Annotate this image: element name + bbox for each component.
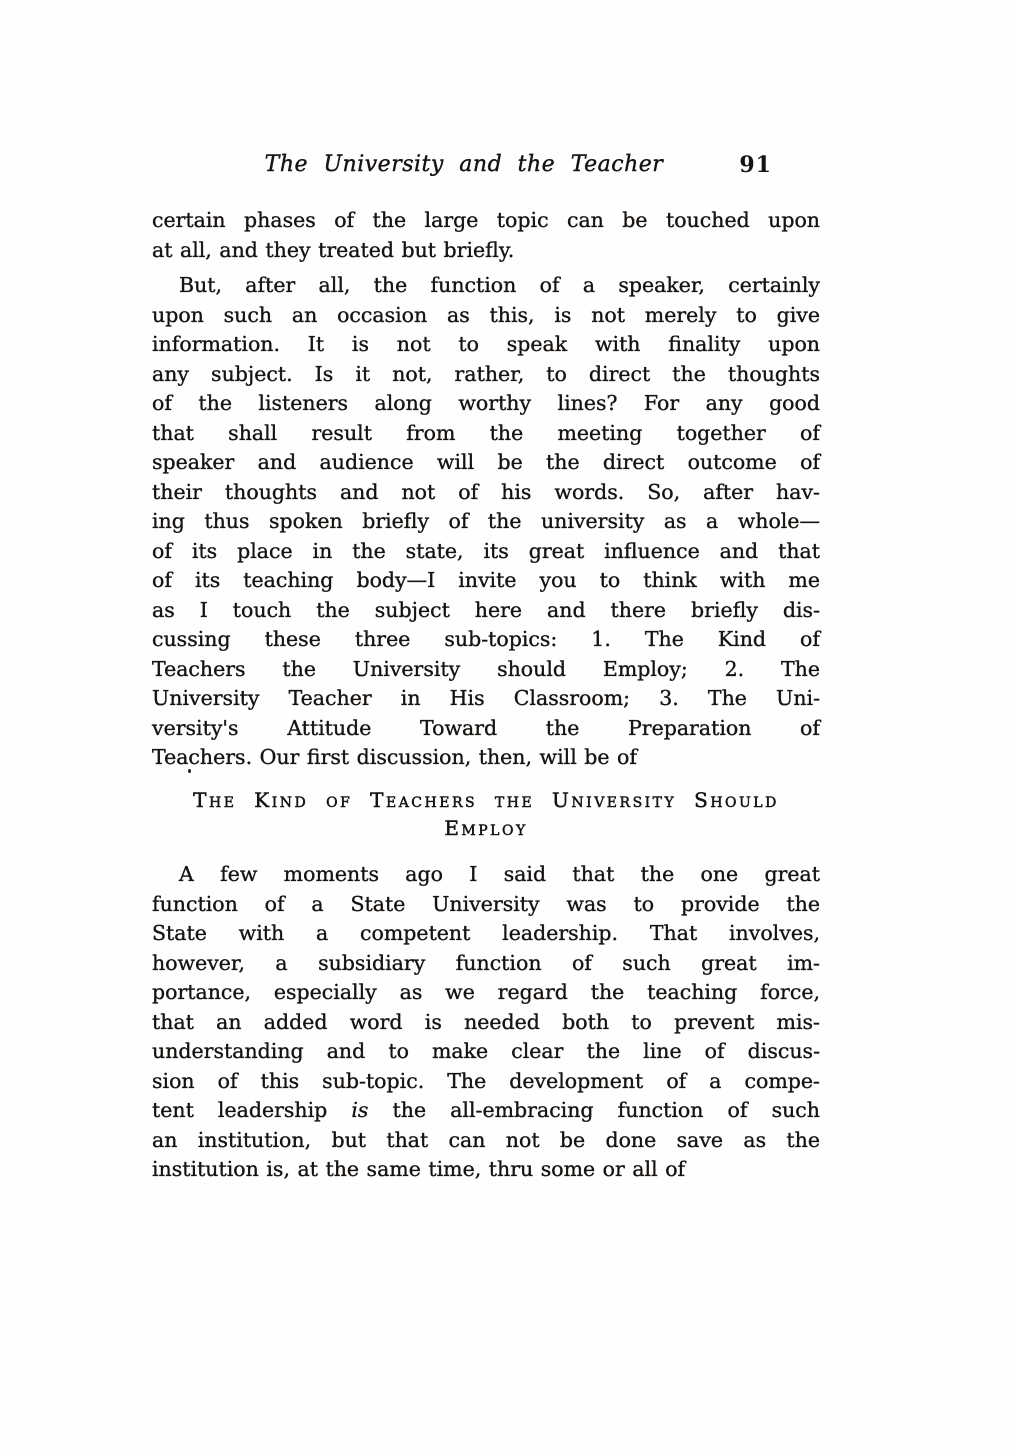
ink-speck xyxy=(188,769,191,773)
text-line: University Teacher in His Classroom; 3. … xyxy=(152,684,820,714)
paragraph: A few moments ago I said that the one gr… xyxy=(152,860,820,1185)
page-number: 91 xyxy=(739,152,772,178)
text-line: portance, especially as we regard the te… xyxy=(152,978,820,1008)
section-heading-line: Employ xyxy=(152,814,820,842)
text-line: their thoughts and not of his words. So,… xyxy=(152,478,820,508)
text-line: at all, and they treated but briefly. xyxy=(152,236,820,266)
text-line: of its teaching body—I invite you to thi… xyxy=(152,566,820,596)
text-segment: tent leadership xyxy=(152,1098,351,1122)
text-line: information. It is not to speak with fin… xyxy=(152,330,820,360)
text-line: as I touch the subject here and there br… xyxy=(152,596,820,626)
text-line: that an added word is needed both to pre… xyxy=(152,1008,820,1038)
running-header-title: The University and the Teacher xyxy=(130,152,798,177)
text-line: of the listeners along worthy lines? For… xyxy=(152,389,820,419)
text-line: certain phases of the large topic can be… xyxy=(152,206,820,236)
text-line: any subject. Is it not, rather, to direc… xyxy=(152,360,820,390)
italic-word: is xyxy=(351,1098,368,1122)
text-line: however, a subsidiary function of such g… xyxy=(152,949,820,979)
text-line: versity's Attitude Toward the Preparatio… xyxy=(152,714,820,744)
text-line: upon such an occasion as this, is not me… xyxy=(152,301,820,331)
running-header: The University and the Teacher 91 xyxy=(152,152,820,182)
text-line: an institution, but that can not be done… xyxy=(152,1126,820,1156)
text-line: sion of this sub-topic. The development … xyxy=(152,1067,820,1097)
text-line: State with a competent leadership. That … xyxy=(152,919,820,949)
text-line: Teachers the University should Employ; 2… xyxy=(152,655,820,685)
scanned-book-page: The University and the Teacher 91 certai… xyxy=(0,0,1010,1454)
text-line: of its place in the state, its great inf… xyxy=(152,537,820,567)
text-segment: the all-embracing function of such xyxy=(368,1098,820,1122)
text-line: function of a State University was to pr… xyxy=(152,890,820,920)
text-line: ing thus spoken briefly of the universit… xyxy=(152,507,820,537)
text-line: institution is, at the same time, thru s… xyxy=(152,1155,820,1185)
paragraph-continuation: certain phases of the large topic can be… xyxy=(152,206,820,265)
text-line: But, after all, the function of a speake… xyxy=(152,271,820,301)
text-line: that shall result from the meeting toget… xyxy=(152,419,820,449)
paragraph: But, after all, the function of a speake… xyxy=(152,271,820,773)
text-line: Teachers. Our first discussion, then, wi… xyxy=(152,743,820,773)
text-line: A few moments ago I said that the one gr… xyxy=(152,860,820,890)
text-line: speaker and audience will be the direct … xyxy=(152,448,820,478)
text-line: cussing these three sub-topics: 1. The K… xyxy=(152,625,820,655)
section-heading-line: The Kind of Teachers the University Shou… xyxy=(152,786,820,814)
text-line: understanding and to make clear the line… xyxy=(152,1037,820,1067)
text-line: tent leadership is the all-embracing fun… xyxy=(152,1096,820,1126)
section-heading: The Kind of Teachers the University Shou… xyxy=(152,786,820,842)
